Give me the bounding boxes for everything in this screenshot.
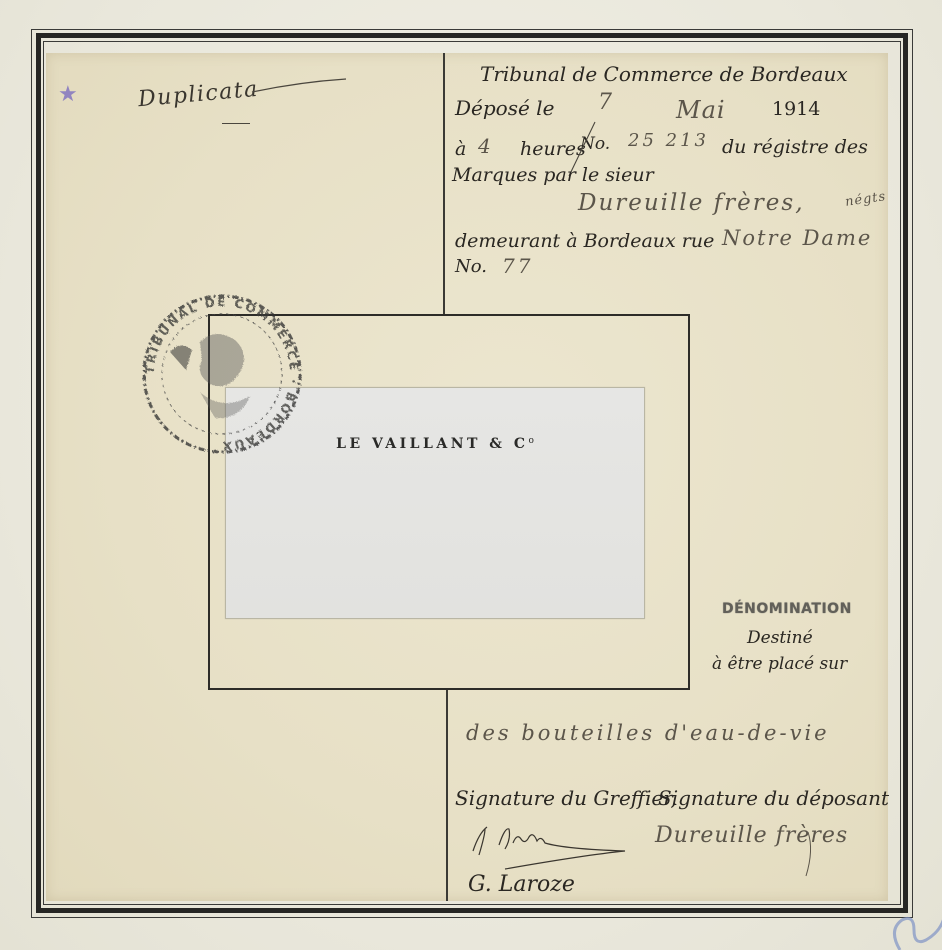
depose-le-label: Déposé le xyxy=(455,96,554,120)
registre-label: du régistre des xyxy=(722,136,868,158)
street-number: 77 xyxy=(502,254,533,278)
deposit-day: 7 xyxy=(598,90,613,115)
star-stamp-icon: ★ xyxy=(58,82,78,107)
trademark-name-suffix: o xyxy=(528,436,533,446)
greffier-signature xyxy=(465,815,645,875)
trademark-name-text: LE VAILLANT & C xyxy=(336,436,528,452)
signature-deposant-label: Signature du déposant xyxy=(658,786,889,810)
deposit-hour: 4 xyxy=(478,134,492,158)
destine-label: Destiné xyxy=(747,628,813,648)
street-no-label: No. xyxy=(455,256,487,277)
signature-greffier-label: Signature du Greffier, xyxy=(455,786,677,810)
tribunal-heading: Tribunal de Commerce de Bordeaux xyxy=(480,62,848,86)
etre-place-label: à être placé sur xyxy=(712,654,847,674)
deposit-month: Mai xyxy=(676,96,726,124)
column-divider-bottom xyxy=(446,689,448,901)
depositor-name: Dureuille frères, xyxy=(578,190,805,216)
deposit-year: 1914 xyxy=(772,98,820,120)
duplicata-flourish xyxy=(250,76,350,96)
registre-number: 25 213 xyxy=(628,130,709,151)
duplicata-underline xyxy=(222,123,250,124)
court-seal-icon: TRIBUNAL DE COMMERCE · BORDEAUX xyxy=(140,292,304,456)
street-name: Notre Dame xyxy=(722,226,872,250)
greffier-name: G. Laroze xyxy=(468,872,575,897)
denomination-stamp: DÉNOMINATION xyxy=(722,601,852,617)
marques-label: Marques par le sieur xyxy=(452,164,654,186)
column-divider-top xyxy=(443,53,445,315)
demeurant-label: demeurant à Bordeaux rue xyxy=(455,230,714,252)
deposant-signature-tail xyxy=(800,830,820,880)
usage-text: des bouteilles d'eau-de-vie xyxy=(466,721,830,745)
a-label: à xyxy=(455,138,466,160)
blue-pencil-mark xyxy=(880,910,942,950)
